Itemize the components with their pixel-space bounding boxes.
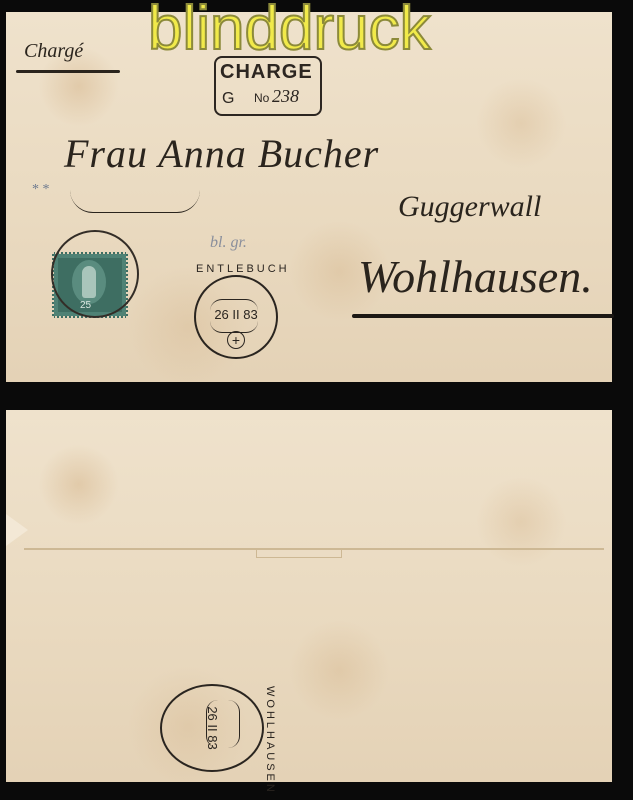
watermark-text: blinddruck — [148, 0, 431, 60]
handwritten-charge-note: Chargé — [24, 40, 83, 63]
address-town: Wohlhausen. — [358, 250, 593, 303]
flourish — [70, 190, 200, 213]
address-recipient: Frau Anna Bucher — [64, 130, 379, 177]
flap-notch — [256, 548, 342, 558]
star-marks: * * — [32, 182, 50, 198]
postmark-place: WOHLHAUSEN — [264, 686, 276, 770]
postmark-date: 26 II 83 — [205, 686, 220, 770]
town-underline — [352, 314, 614, 318]
registration-handstamp: CHARGE G No 238 — [214, 56, 322, 116]
address-street: Guggerwall — [398, 190, 541, 224]
flap-corner — [6, 514, 28, 546]
registration-no-label: No — [254, 91, 269, 105]
cover-back — [6, 410, 612, 782]
swiss-cross-icon: + — [227, 331, 245, 349]
registration-number: 238 — [272, 86, 299, 107]
entlebuch-postmark: ENTLEBUCH 26 II 83 + — [194, 275, 278, 359]
wohlhausen-postmark: WOHLHAUSEN 26 II 83 — [160, 684, 264, 772]
postmark-place: ENTLEBUCH — [196, 263, 276, 275]
cover-front: Chargé CHARGE G No 238 Frau Anna Bucher … — [6, 12, 612, 382]
registration-prefix: G — [222, 90, 234, 108]
tie-postmark — [51, 230, 139, 318]
postmark-date: 26 II 83 — [196, 307, 276, 322]
note-underline — [16, 70, 120, 73]
registration-label: CHARGE — [220, 61, 313, 84]
pencil-note: bl. gr. — [210, 234, 247, 252]
